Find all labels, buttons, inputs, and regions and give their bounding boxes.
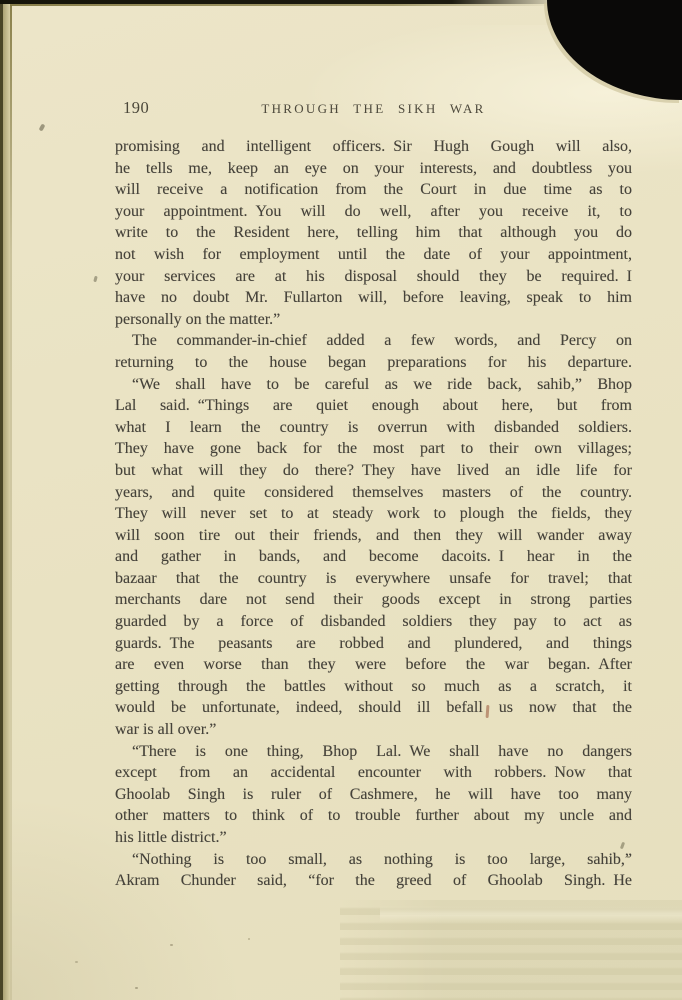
text-line: war is all over.”	[115, 719, 632, 741]
paragraph: “There is one thing, Bhop Lal. We shall …	[115, 741, 632, 849]
text-line: and gather in bands, and become dacoits.…	[115, 546, 632, 568]
text-line: Lal said. “Things are quiet enough about…	[115, 395, 632, 417]
text-line: your services are at his disposal should…	[115, 266, 632, 288]
text-line: Akram Chunder said, “for the greed of Gh…	[115, 870, 632, 892]
text-line: “We shall have to be careful as we ride …	[115, 374, 632, 396]
text-line: his little district.”	[115, 827, 632, 849]
text-line: will soon tire out their friends, and th…	[115, 525, 632, 547]
text-line: but what will they do there? They have l…	[115, 460, 632, 482]
paragraph: promising and intelligent officers. Sir …	[115, 136, 632, 330]
text-line: will receive a notification from the Cou…	[115, 179, 632, 201]
paragraph: “Nothing is too small, as nothing is too…	[115, 849, 632, 892]
text-line: write to the Resident here, telling him …	[115, 222, 632, 244]
text-line: guards. The peasants are robbed and plun…	[115, 633, 632, 655]
text-line: merchants dare not send their goods exce…	[115, 589, 632, 611]
scan-streak	[380, 906, 682, 922]
text-line: would be unfortunate, indeed, should ill…	[115, 697, 632, 719]
text-line: They will never set to at steady work to…	[115, 503, 632, 525]
ink-speck	[135, 987, 138, 989]
paragraph: The commander-in-chief added a few words…	[115, 330, 632, 373]
text-line: “Nothing is too small, as nothing is too…	[115, 849, 632, 871]
ink-speck	[627, 856, 629, 858]
text-line: bazaar that the country is everywhere un…	[115, 568, 632, 590]
text-line: are even worse than they were before the…	[115, 654, 632, 676]
text-line: promising and intelligent officers. Sir …	[115, 136, 632, 158]
text-line: what I learn the country is overrun with…	[115, 417, 632, 439]
text-line: returning to the house began preparation…	[115, 352, 632, 374]
text-line: other matters to think of to trouble fur…	[115, 805, 632, 827]
text-line: They have gone back for the most part to…	[115, 438, 632, 460]
text-line: years, and quite considered themselves m…	[115, 482, 632, 504]
text-line: your appointment. You will do well, afte…	[115, 201, 632, 223]
page-edge-line-top	[10, 4, 558, 6]
ink-speck	[170, 944, 173, 946]
paragraph: “We shall have to be careful as we ride …	[115, 374, 632, 741]
text-line: “There is one thing, Bhop Lal. We shall …	[115, 741, 632, 763]
scanned-book-page: 190 THROUGH THE SIKH WAR promising and i…	[0, 0, 682, 1000]
ink-speck	[248, 938, 250, 940]
running-header: THROUGH THE SIKH WAR	[115, 101, 632, 117]
text-line: guarded by a force of disbanded soldiers…	[115, 611, 632, 633]
page-edge-left	[3, 0, 10, 1000]
text-line: The commander-in-chief added a few words…	[115, 330, 632, 352]
page-header: 190 THROUGH THE SIKH WAR	[115, 98, 632, 120]
text-line: Ghoolab Singh is ruler of Cashmere, he w…	[115, 784, 632, 806]
text-line: getting through the battles without so m…	[115, 676, 632, 698]
page-edge-line-left	[10, 5, 12, 1000]
text-line: have no doubt Mr. Fullarton will, before…	[115, 287, 632, 309]
text-line: he tells me, keep an eye on your interes…	[115, 158, 632, 180]
text-line: except from an accidental encounter with…	[115, 762, 632, 784]
body-text: promising and intelligent officers. Sir …	[115, 136, 632, 892]
text-line: not wish for employment until the date o…	[115, 244, 632, 266]
ink-speck	[75, 961, 78, 963]
text-line: personally on the matter.”	[115, 309, 632, 331]
